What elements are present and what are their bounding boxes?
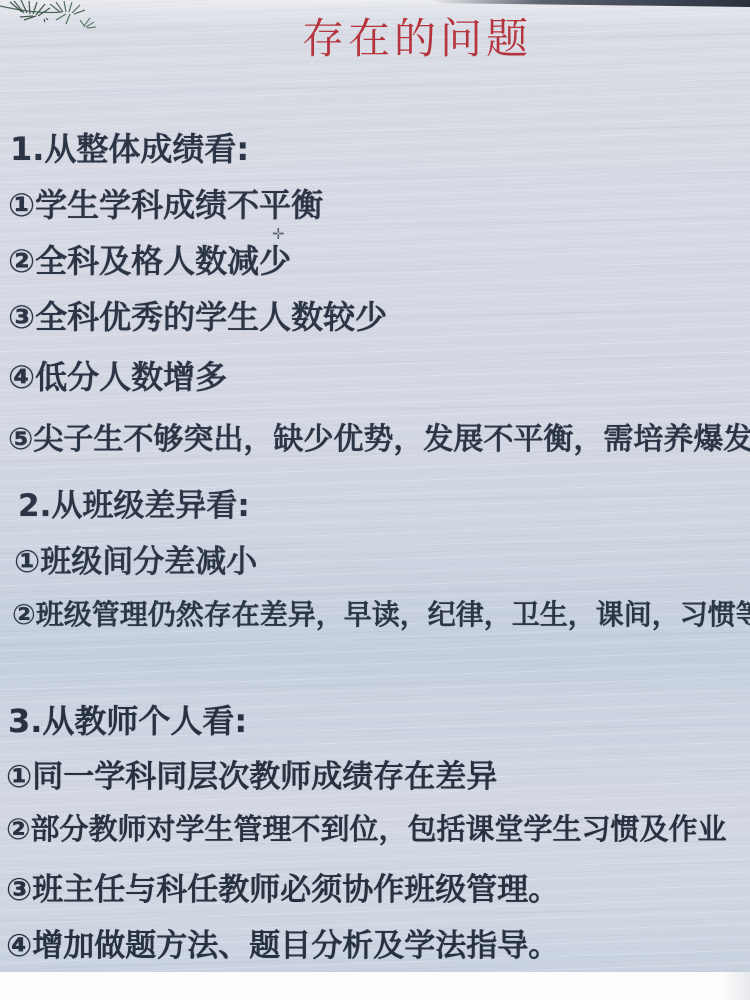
bullet-item: ①班级间分差减小 — [14, 536, 257, 581]
slide-photo: 存在的问题 1.从整体成绩看: ①学生学科成绩不平衡 ②全科及格人数减少 ③全科… — [0, 0, 750, 1000]
bullet-item: ④增加做题方法、题目分析及学法指导。 — [6, 920, 559, 965]
section-3-heading: 3.从教师个人看: — [8, 696, 247, 742]
bullet-item: ④低分人数增多 — [8, 352, 227, 398]
slide-content: 存在的问题 1.从整体成绩看: ①学生学科成绩不平衡 ②全科及格人数减少 ③全科… — [0, 0, 750, 1000]
bullet-item: ①同一学科同层次教师成绩存在差异 — [6, 751, 497, 796]
bullet-item: ②部分教师对学生管理不到位，包括课堂学生习惯及作业 — [6, 807, 727, 848]
bullet-item: ②全科及格人数减少 — [8, 236, 291, 282]
bullet-item: ③全科优秀的学生人数较少 — [8, 292, 387, 338]
bullet-item: ⑤尖子生不够突出，缺少优势，发展不平衡，需培养爆发力 — [8, 414, 750, 458]
move-cursor-icon: ✛ — [272, 225, 285, 243]
bullet-item: ③班主任与科任教师必须协作班级管理。 — [6, 864, 559, 909]
slide-title: 存在的问题 — [302, 6, 532, 66]
bullet-item: ②班级管理仍然存在差异，早读，纪律，卫生，课间，习惯等 — [12, 593, 750, 633]
section-2-heading: 2.从班级差异看: — [18, 480, 250, 525]
bullet-item: ①学生学科成绩不平衡 — [8, 180, 323, 226]
section-1-heading: 1.从整体成绩看: — [10, 124, 249, 170]
